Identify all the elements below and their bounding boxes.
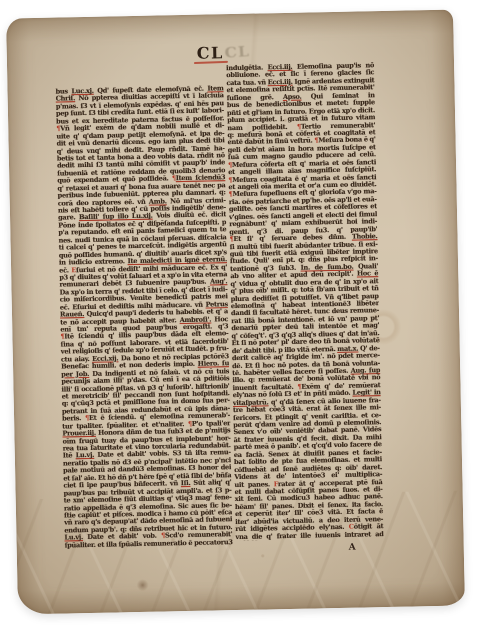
rubricated-citation: Lu.vj. bbox=[76, 451, 95, 459]
rubricated-citation: Item bbox=[207, 85, 223, 92]
text-column-left: bus Luc.xj. Qd' ſupeſt date elemoſynā eč… bbox=[55, 85, 232, 549]
text-column-right: indulgētia. Ecci.iij. Elemoſina paup'is … bbox=[226, 62, 384, 541]
rubricated-citation: Hiero. ſu bbox=[198, 360, 229, 368]
rubricated-citation: Amb. bbox=[149, 197, 167, 205]
rubricated-citation: Ecci.iij. bbox=[268, 78, 293, 86]
rubricated-citation: mat.x. bbox=[337, 345, 358, 353]
rubricated-citation: Thobie. bbox=[352, 233, 378, 241]
rubricated-citation: Iſi. bbox=[181, 479, 191, 487]
rubricated-citation: Lu.vj. bbox=[64, 533, 83, 541]
folio-number-offset-ghost: CL bbox=[224, 44, 250, 62]
rubricated-citation: Ecci.xij. bbox=[92, 354, 118, 363]
rubricated-citation: Petrus bbox=[206, 301, 228, 308]
rubricated-citation: per Job. bbox=[61, 370, 89, 379]
folio-number: CL bbox=[197, 43, 224, 63]
rubricated-citation: Ambroſi'. bbox=[180, 316, 212, 324]
rubricated-citation: Luc.xj. bbox=[71, 87, 93, 95]
incunable-page: CL CL bus Luc.xj. Qd' ſupeſt date elemoſ… bbox=[6, 10, 465, 615]
rubricated-citation: Aug'. bbox=[210, 279, 228, 286]
rubricated-citation: Chriſ. bbox=[56, 95, 75, 103]
rubricated-citation: Aug. ſup bbox=[351, 367, 381, 375]
rubricated-citation: Raueń. bbox=[60, 310, 84, 318]
photo-backdrop: { "page_label": { "folio_number": "CL", … bbox=[0, 0, 481, 640]
rubricated-citation: Apso. bbox=[283, 92, 302, 100]
rubricated-citation: Legit' in bbox=[352, 389, 380, 397]
folio-number-rubric-stroke bbox=[194, 61, 228, 65]
rubricated-citation: Prouer.iij. bbox=[62, 429, 96, 438]
rubricated-citation: vitaſpatrū. bbox=[233, 398, 269, 407]
